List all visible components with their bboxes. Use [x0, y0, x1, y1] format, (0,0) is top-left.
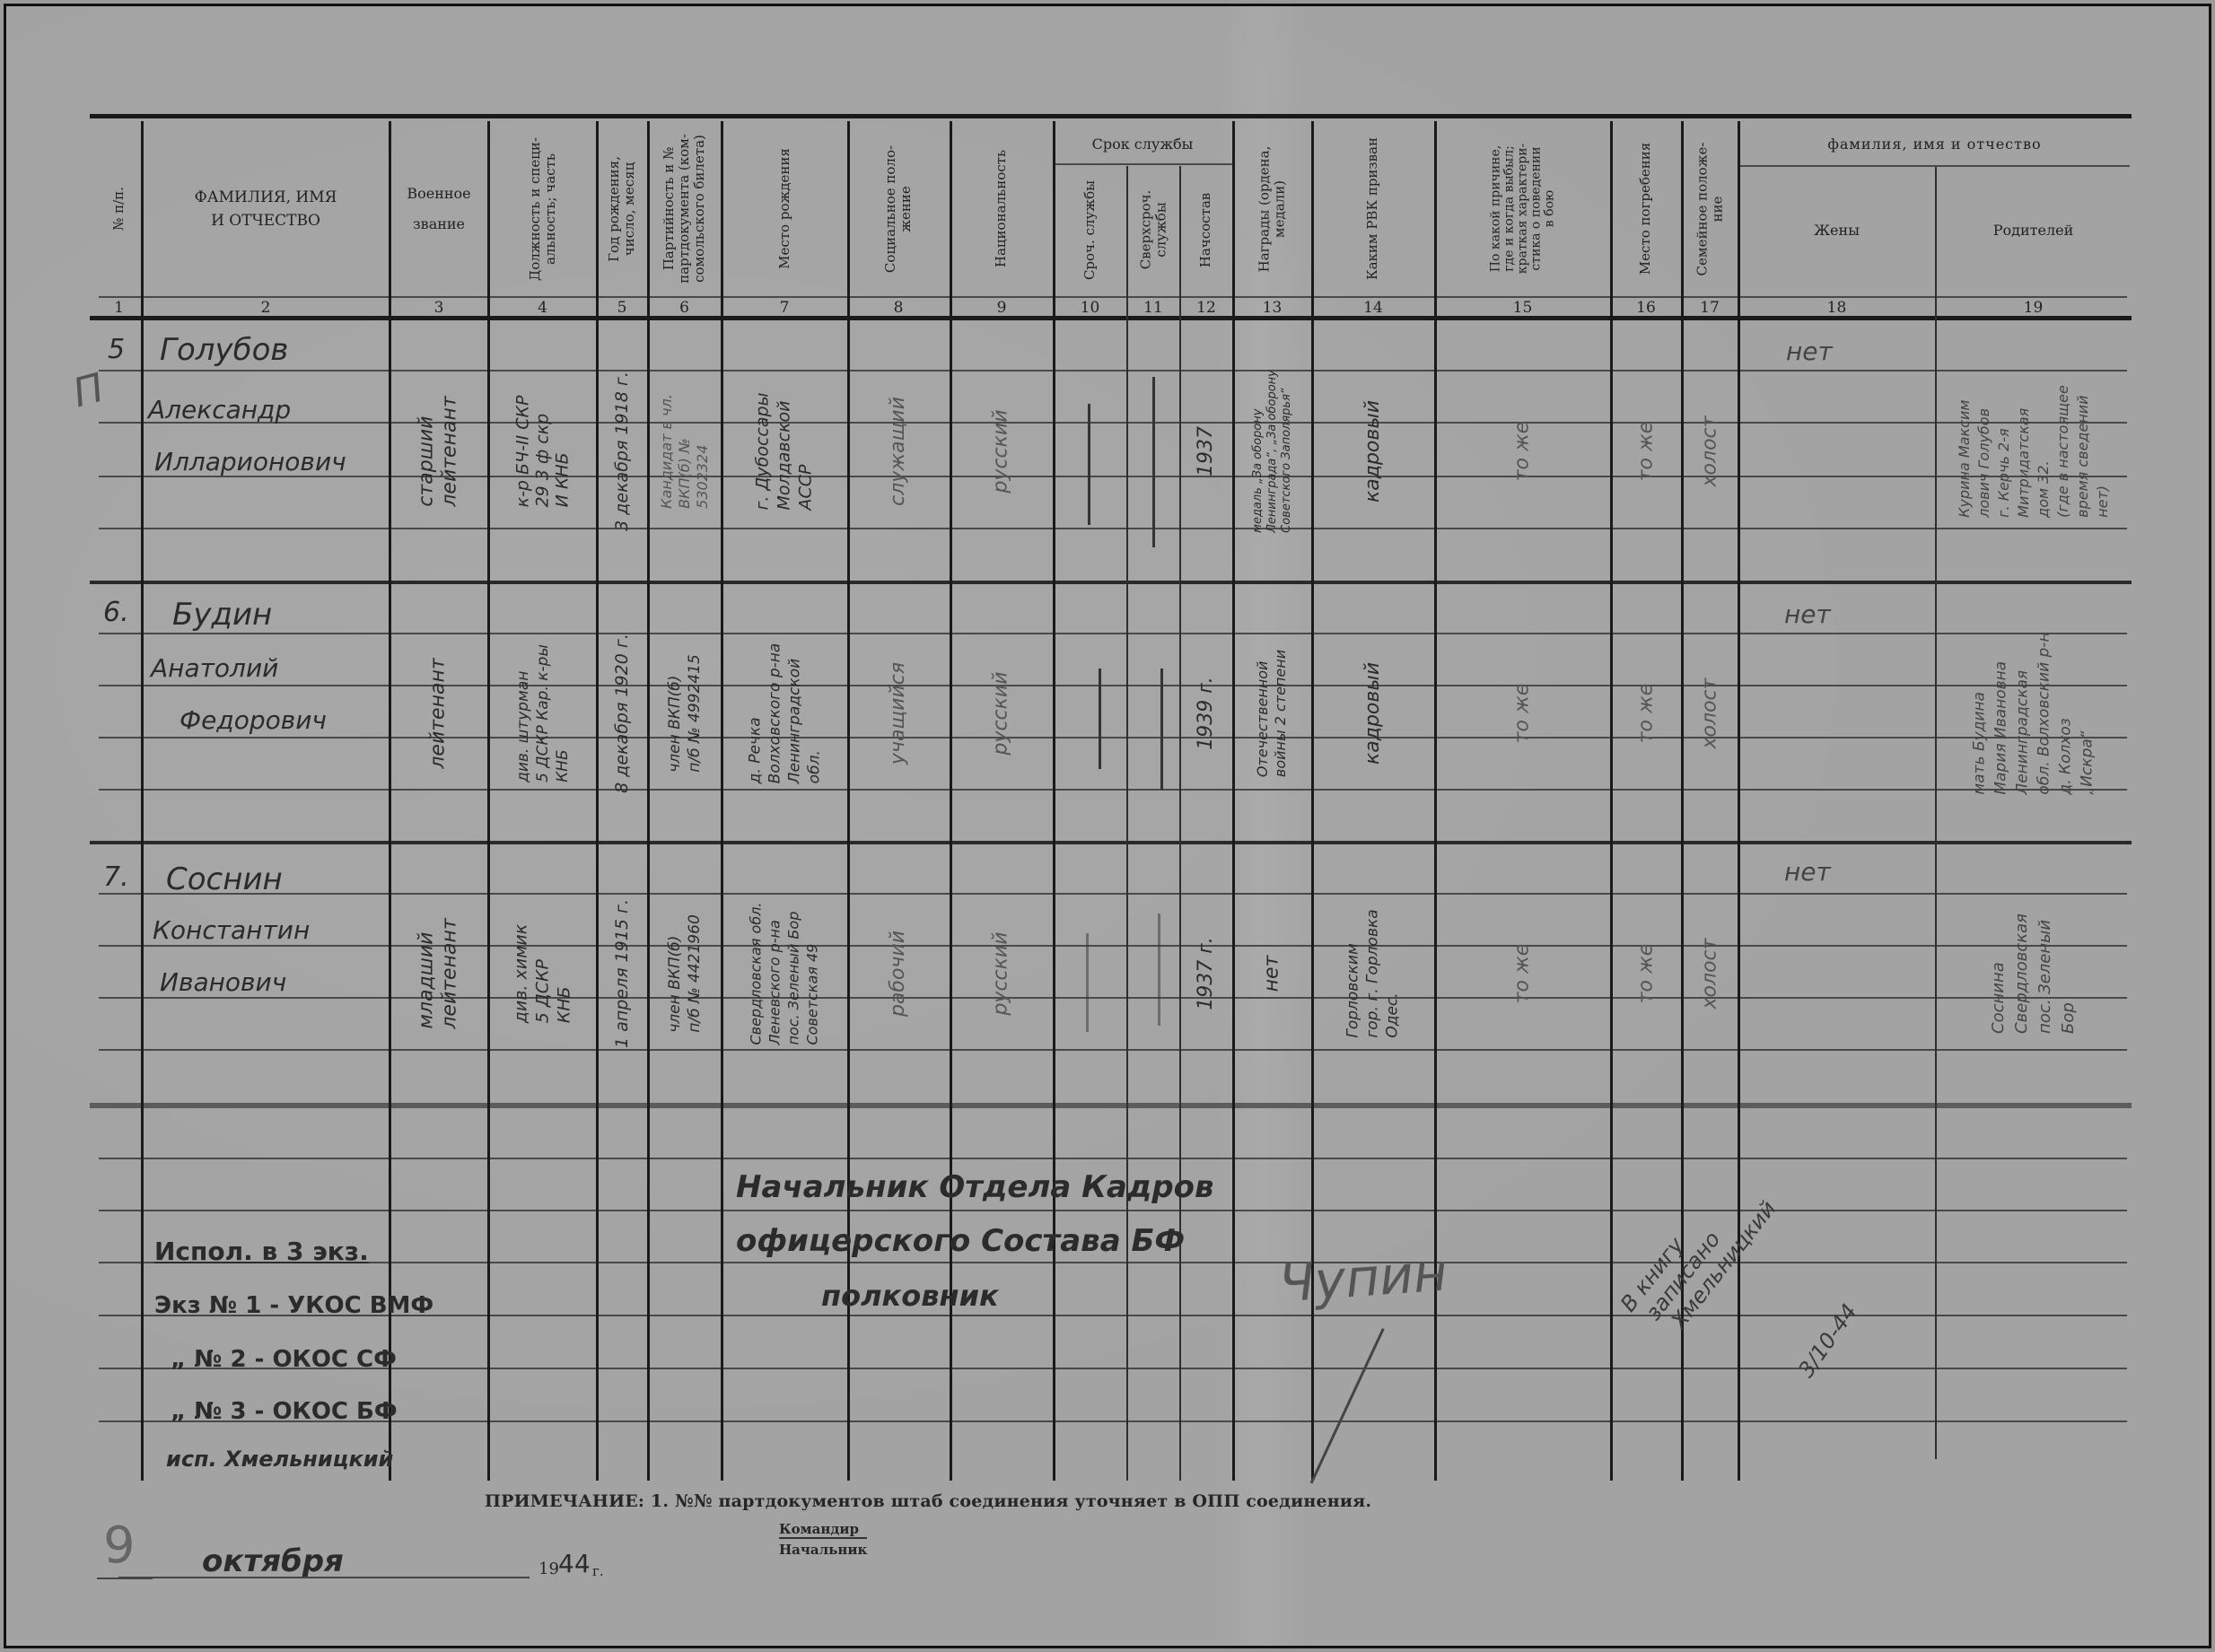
header-col-12: Начсостав: [1181, 167, 1231, 293]
header-col-13: Награды (ордена, медали): [1234, 126, 1310, 292]
row-number: 5: [108, 334, 125, 365]
position: див. штурман 5 ДСКР Кар. к-ры КНБ: [490, 585, 595, 841]
birth-date: 1 апреля 1915 г.: [598, 845, 646, 1101]
birthplace: д. Речка Волховского р-на Ленинградской …: [722, 585, 846, 841]
col-border: [1053, 121, 1055, 1481]
party-membership: Кандидат в чл. ВКП(б) № 5302324: [649, 323, 720, 579]
sverkhsrochn-dash: [1152, 377, 1155, 547]
birthplace: г. Дубоссары Молдавской АССР: [722, 323, 846, 579]
burial-place: то же: [1612, 585, 1680, 841]
colnum-4: 4: [490, 299, 595, 317]
copies-title: Испол. в 3 экз.: [154, 1237, 369, 1266]
birth-date: 3 декабря 1918 г.: [598, 323, 646, 579]
wife-name: нет: [1784, 599, 1831, 629]
colnum-18: 18: [1739, 299, 1934, 317]
patronymic: Федорович: [179, 705, 327, 735]
loss-reason: то же: [1436, 323, 1609, 579]
header-col-11: Сверхсроч. службы: [1128, 167, 1178, 293]
date-year-suffix: 44: [558, 1549, 591, 1578]
header-col-5: Год рождения, число, месяц: [598, 126, 646, 292]
header-col-18: Жены: [1739, 167, 1934, 293]
row-separator: [90, 841, 2132, 844]
footnote: ПРИМЕЧАНИЕ: 1. №№ партдокументов штаб со…: [485, 1491, 1371, 1511]
header-service-group: Срок службы: [1055, 126, 1230, 162]
signatory-rank: полковник: [821, 1279, 999, 1313]
loss-reason: то же: [1436, 845, 1609, 1101]
colnum-10: 10: [1055, 299, 1125, 317]
signatory-line-1: Начальник Отдела Кадров: [736, 1169, 1214, 1205]
colnum-19: 19: [1937, 299, 2130, 317]
row-line: [99, 1158, 2127, 1159]
header-col-3: Военное звание: [391, 126, 486, 292]
executor: исп. Хмельницкий: [166, 1447, 393, 1472]
header-col-1: № п/п.: [99, 126, 139, 292]
party-membership: член ВКП(б) п/б № 4992415: [649, 585, 720, 841]
colnum-5: 5: [598, 299, 646, 317]
social-status: учащийся: [849, 585, 948, 841]
row-line: [99, 1210, 2127, 1211]
row-line: [99, 1420, 2127, 1422]
date-month: октября: [202, 1543, 344, 1579]
colnum-16: 16: [1612, 299, 1680, 317]
nationality: русский: [951, 323, 1052, 579]
signature: Чупин: [1277, 1242, 1449, 1315]
srochn-dash: [1086, 933, 1089, 1032]
commander-label: Командир: [779, 1521, 859, 1537]
header-col-2: ФАМИЛИЯ, ИМЯ И ОТЧЕСТВО: [144, 126, 388, 292]
loss-reason: то же: [1436, 585, 1609, 841]
row-line: [99, 1262, 2127, 1263]
col-border: [141, 121, 144, 1481]
service-group-divider: [1053, 163, 1232, 165]
row-number: 6.: [103, 597, 129, 628]
sverkhsrochn-dash: [1158, 913, 1160, 1026]
colnum-2: 2: [144, 299, 388, 317]
colnum-12: 12: [1181, 299, 1231, 317]
header-col-15: По какой причине, где и когда выбыл; кра…: [1436, 126, 1609, 292]
row-separator: [90, 1103, 2132, 1108]
wife-name: нет: [1786, 337, 1833, 366]
header-col-10: Сроч. службы: [1055, 167, 1125, 293]
colnum-14: 14: [1313, 299, 1433, 317]
nachsostav-year: 1939 г.: [1181, 585, 1231, 841]
header-number-divider: [99, 296, 2127, 298]
position: к-р БЧ-II СКР 29 3 ф скр И КНБ: [490, 323, 595, 579]
colnum-3: 3: [391, 299, 486, 317]
srochn-dash: [1088, 404, 1090, 525]
date-day: 9: [103, 1517, 136, 1575]
header-col-9: Национальность: [951, 126, 1052, 292]
rvk: Горловским гор. г. Горловка Одес.: [1313, 845, 1433, 1101]
social-status: рабочий: [849, 845, 948, 1101]
parents: Соснина Свердловская пос. Зеленый Бор: [1937, 845, 2130, 1101]
header-col-16: Место погребения: [1612, 126, 1680, 292]
wife-name: нет: [1784, 857, 1831, 887]
header-col-8: Социальное поло- жение: [849, 126, 948, 292]
rvk: кадровый: [1313, 585, 1433, 841]
first-name: Анатолий: [151, 653, 278, 683]
patronymic: Илларионович: [154, 447, 346, 476]
header-col-6: Партийность и № партдокумента (ком- сомо…: [649, 126, 720, 292]
burial-place: то же: [1612, 323, 1680, 579]
header-col-14: Каким РВК призван: [1313, 126, 1433, 292]
nationality: русский: [951, 845, 1052, 1101]
copy-line-2: „ № 2 - ОКОС СФ: [171, 1346, 397, 1373]
awards: медаль „За оборону Ленинграда“, „За обор…: [1234, 323, 1310, 579]
nachsostav-year: 1937: [1181, 323, 1231, 579]
chief-label: Начальник: [779, 1542, 867, 1558]
colnum-9: 9: [951, 299, 1052, 317]
header-col-4: Должность и специ- альность; часть: [490, 126, 595, 292]
nachsostav-year: 1937 г.: [1181, 845, 1231, 1101]
copy-line-3: „ № 3 - ОКОС БФ: [171, 1398, 398, 1425]
table-top-border: [90, 114, 2132, 118]
parents: Курина Максим лович Голубов г. Керчь 2-я…: [1937, 323, 2130, 579]
header-col-7: Место рождения: [722, 126, 846, 292]
commander-divider: [779, 1537, 867, 1539]
first-name: Константин: [153, 915, 310, 945]
row-number: 7.: [103, 861, 129, 893]
srochn-dash: [1099, 669, 1101, 769]
rank: младший лейтенант: [391, 845, 486, 1101]
surname: Соснин: [166, 861, 283, 897]
family-status: холост: [1683, 845, 1737, 1101]
nationality: русский: [951, 585, 1052, 841]
header-col-17: Семейное положе- ние: [1683, 126, 1737, 292]
party-membership: член ВКП(б) п/б № 4421960: [649, 845, 720, 1101]
birthplace: Свердловская обл. Леневского р-на пос. З…: [722, 845, 846, 1101]
col-border: [1738, 121, 1740, 1481]
copy-line-1: Экз № 1 - УКОС ВМФ: [154, 1292, 433, 1319]
parents: мать Будина Мария Ивановна Ленинградская…: [1937, 585, 2130, 841]
header-col-19: Родителей: [1937, 167, 2130, 293]
first-name: Александр: [148, 395, 291, 424]
sverkhsrochn-dash: [1160, 669, 1163, 790]
colnum-1: 1: [99, 299, 139, 317]
date-month-underline: [118, 1577, 530, 1578]
date-year-prefix: 19: [538, 1560, 559, 1578]
colnum-13: 13: [1234, 299, 1310, 317]
surname: Будин: [172, 597, 272, 633]
social-status: служащий: [849, 323, 948, 579]
surname: Голубов: [160, 332, 288, 368]
awards: Отечественной войны 2 степени: [1234, 585, 1310, 841]
rank: старший лейтенант: [391, 323, 486, 579]
col-border: [1126, 166, 1128, 1481]
family-status: холост: [1683, 585, 1737, 841]
awards: нет: [1234, 845, 1310, 1101]
colnum-17: 17: [1683, 299, 1737, 317]
date-year-g: г.: [592, 1563, 604, 1579]
colnum-8: 8: [849, 299, 948, 317]
colnum-11: 11: [1128, 299, 1178, 317]
position: див. химик 5 ДСКР КНБ: [490, 845, 595, 1101]
colnum-15: 15: [1436, 299, 1609, 317]
colnum-6: 6: [649, 299, 720, 317]
patronymic: Иванович: [160, 967, 286, 997]
rvk: кадровый: [1313, 323, 1433, 579]
header-family-group: фамилия, имя и отчество: [1739, 126, 2130, 162]
signatory-line-2: офицерского Состава БФ: [736, 1223, 1185, 1259]
birth-date: 8 декабря 1920 г.: [598, 585, 646, 841]
colnum-7: 7: [722, 299, 846, 317]
family-status: холост: [1683, 323, 1737, 579]
row-separator: [90, 581, 2132, 584]
rank: лейтенант: [391, 585, 486, 841]
burial-place: то же: [1612, 845, 1680, 1101]
